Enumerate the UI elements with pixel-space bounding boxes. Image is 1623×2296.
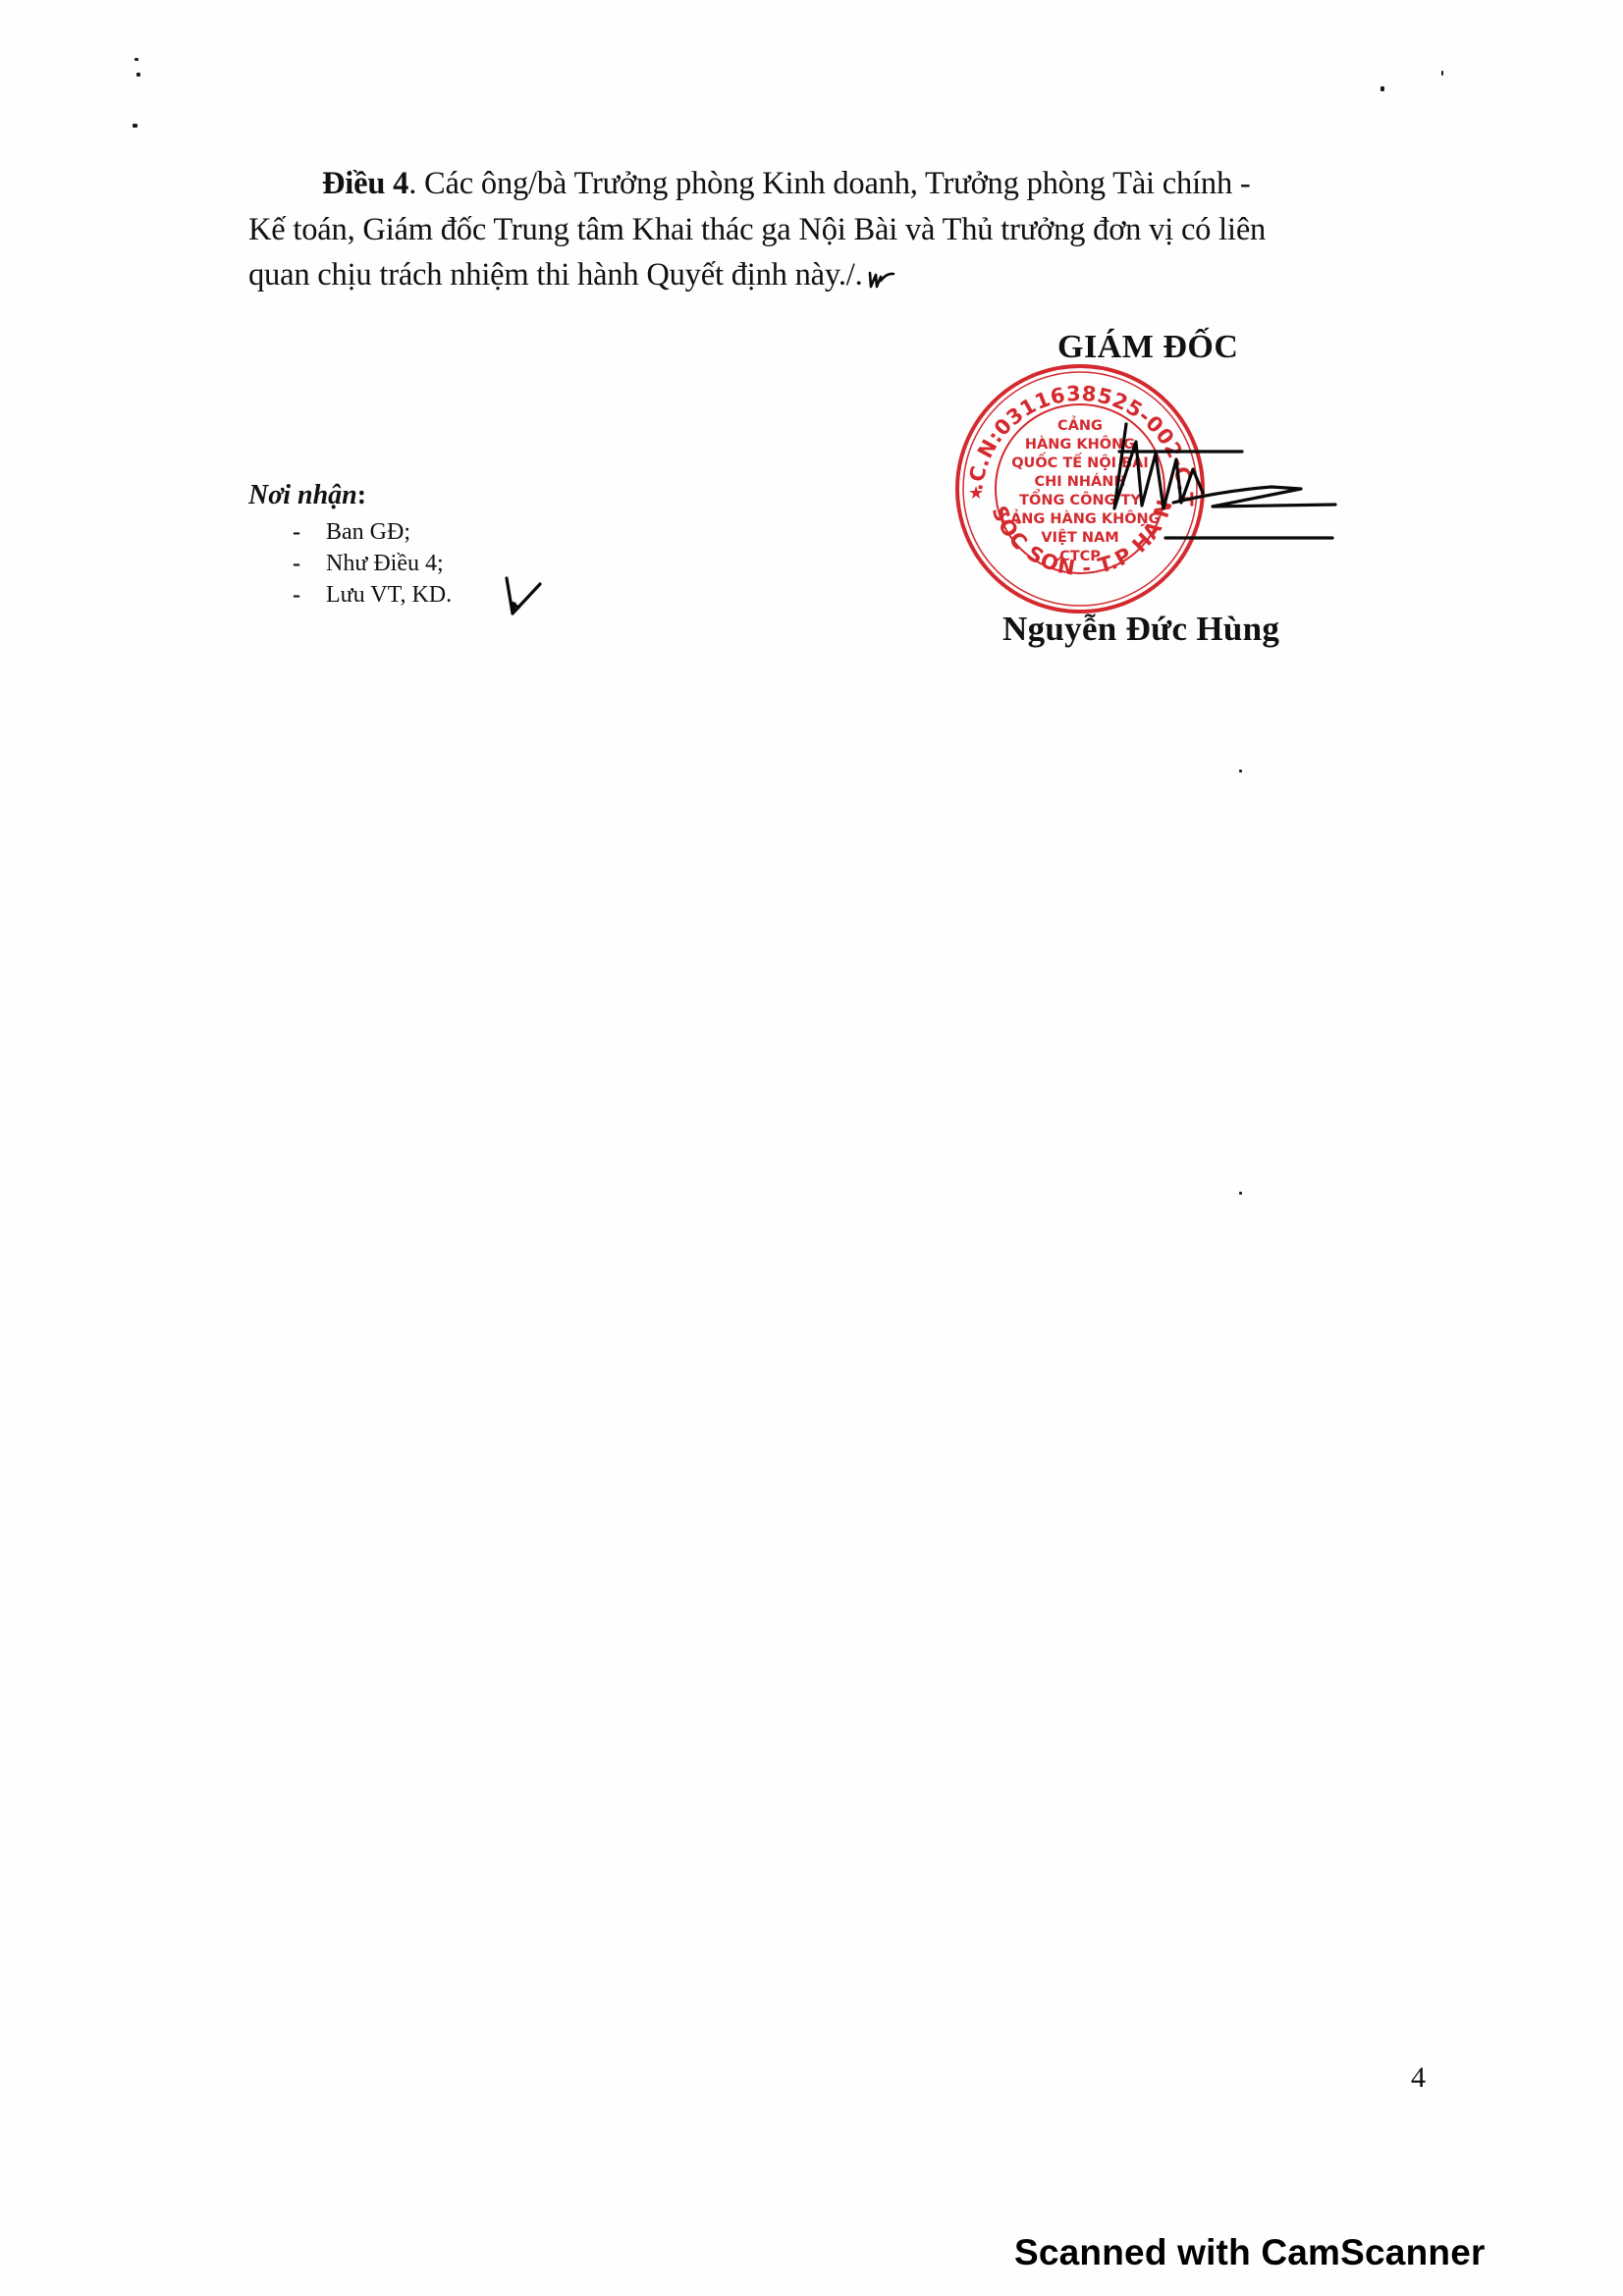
handwritten-signature [1075,412,1340,569]
recipient-item: -Ban GĐ; [293,516,452,548]
scan-speck [1239,1192,1242,1195]
article-line-2: Kế toán, Giám đốc Trung tâm Khai thác ga… [248,207,1427,253]
scan-speck [1380,86,1384,91]
scan-speck [136,73,140,77]
scan-speck [1441,71,1443,76]
page-number: 4 [1411,2061,1426,2095]
camscanner-watermark: Scanned with CamScanner [1014,2232,1486,2273]
article-4-paragraph: Điều 4. Các ông/bà Trưởng phòng Kinh doa… [248,161,1427,298]
recipient-text: Lưu VT, KD. [326,582,452,608]
initial-tick-icon [503,574,546,619]
scan-speck [1239,770,1242,773]
document-page: Điều 4. Các ông/bà Trưởng phòng Kinh doa… [0,0,1623,2296]
recipients-heading-text: Nơi nhận [248,480,357,510]
initial-mark-icon [867,263,896,291]
scan-speck [135,58,138,61]
article-line-3: quan chịu trách nhiệm thi hành Quyết địn… [248,252,1427,298]
article-label: Điều 4 [322,166,408,201]
recipients-heading: Nơi nhận: [248,479,452,512]
article-line-1: Điều 4. Các ông/bà Trưởng phòng Kinh doa… [248,161,1427,207]
article-line-3-text: quan chịu trách nhiệm thi hành Quyết địn… [248,257,863,293]
recipients-heading-colon: : [357,480,366,510]
svg-text:★: ★ [968,483,984,504]
recipient-text: Ban GĐ; [326,519,410,545]
recipients-list: -Ban GĐ; -Như Điều 4; -Lưu VT, KD. [248,516,452,611]
recipient-item: -Như Điều 4; [293,548,452,579]
recipient-text: Như Điều 4; [326,551,444,576]
signer-name: Nguyễn Đức Hùng [1002,610,1279,649]
recipient-item: -Lưu VT, KD. [293,579,452,611]
recipients-section: Nơi nhận: -Ban GĐ; -Như Điều 4; -Lưu VT,… [248,479,452,611]
scan-speck [133,124,137,128]
article-text: . Các ông/bà Trưởng phòng Kinh doanh, Tr… [408,166,1250,201]
